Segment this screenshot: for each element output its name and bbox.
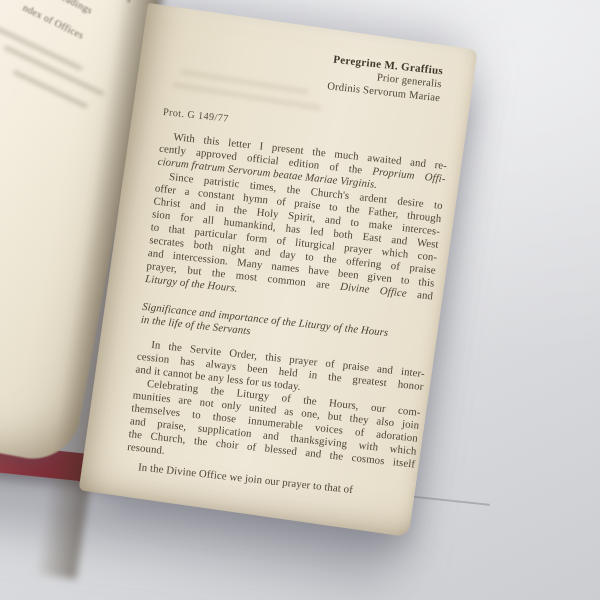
author-block: Peregrine M. Graffius Prior generalis Or… [167,36,458,107]
body-text: With this letter I present the much awai… [124,130,447,504]
photo-open-book: s al Readings ndex of Offices Peregrine … [0,0,600,600]
show-through-text-blur [13,70,89,109]
right-page: Peregrine M. Graffius Prior generalis Or… [79,3,478,537]
page-content: Peregrine M. Graffius Prior generalis Or… [124,7,460,503]
left-page-text-fragment: al Readings [44,0,94,17]
